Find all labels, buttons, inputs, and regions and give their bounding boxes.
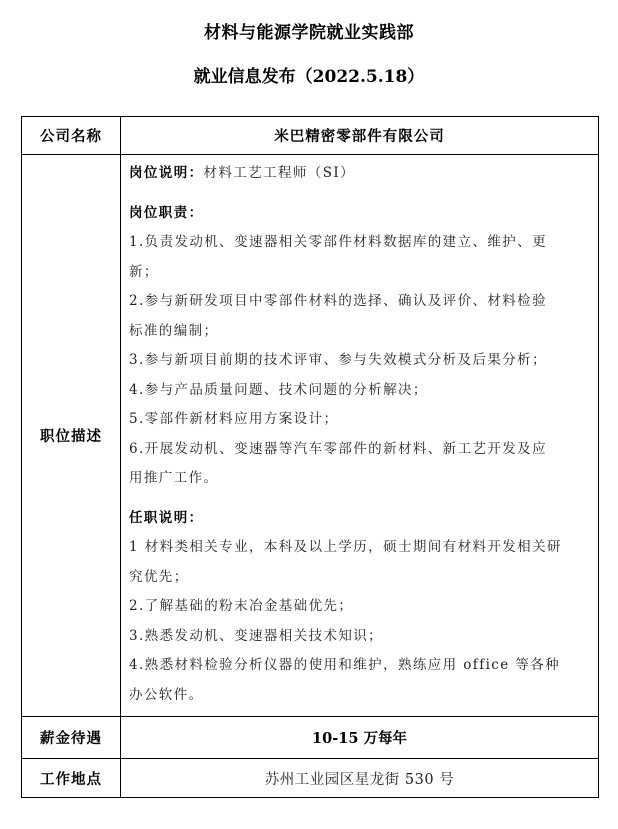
location-value: 苏州工业园区星龙街 530 号 (121, 759, 599, 798)
duty-item: 3.参与新项目前期的技术评审、参与失效模式分析及后果分析； (129, 346, 592, 376)
position-line: 岗位说明：材料工艺工程师（SI） (129, 159, 592, 189)
duty-item: 用推广工作。 (129, 464, 592, 494)
requirement-item: 2.了解基础的粉末冶金基础优先； (129, 592, 592, 622)
company-label: 公司名称 (22, 117, 121, 155)
salary-label: 薪金待遇 (22, 717, 121, 759)
duty-item: 4.参与产品质量问题、技术问题的分析解决； (129, 376, 592, 406)
department-title: 材料与能源学院就业实践部 (0, 18, 618, 43)
requirement-item: 1 材料类相关专业，本科及以上学历，硕士期间有材料开发相关研 (129, 533, 592, 563)
requirement-item: 究优先； (129, 563, 592, 593)
description-label: 职位描述 (22, 155, 121, 717)
duty-item: 新； (129, 258, 592, 288)
requirement-item: 4.熟悉材料检验分析仪器的使用和维护，熟练应用 office 等各种 (129, 651, 592, 681)
company-name: 米巴精密零部件有限公司 (121, 117, 599, 155)
duty-item: 标准的编制； (129, 317, 592, 347)
duty-item: 6.开展发动机、变速器等汽车零部件的新材料、新工艺开发及应 (129, 435, 592, 465)
requirements-heading: 任职说明： (129, 504, 592, 534)
location-row: 工作地点 苏州工业园区星龙街 530 号 (22, 759, 599, 798)
location-label: 工作地点 (22, 759, 121, 798)
requirement-item: 办公软件。 (129, 681, 592, 711)
salary-row: 薪金待遇 10-15 万每年 (22, 717, 599, 759)
job-info-table: 公司名称 米巴精密零部件有限公司 职位描述 岗位说明：材料工艺工程师（SI） 岗… (21, 116, 599, 798)
requirement-item: 3.熟悉发动机、变速器相关技术知识； (129, 622, 592, 652)
description-cell: 岗位说明：材料工艺工程师（SI） 岗位职责： 1.负责发动机、变速器相关零部件材… (121, 155, 599, 717)
duty-item: 1.负责发动机、变速器相关零部件材料数据库的建立、维护、更 (129, 228, 592, 258)
description-row: 职位描述 岗位说明：材料工艺工程师（SI） 岗位职责： 1.负责发动机、变速器相… (22, 155, 599, 717)
company-row: 公司名称 米巴精密零部件有限公司 (22, 117, 599, 155)
position-heading: 岗位说明： (129, 165, 204, 181)
salary-value: 10-15 万每年 (121, 717, 599, 759)
page-title: 就业信息发布（2022.5.18） (0, 62, 618, 87)
duties-heading: 岗位职责： (129, 199, 592, 229)
duty-item: 2.参与新研发项目中零部件材料的选择、确认及评价、材料检验 (129, 287, 592, 317)
position-value: 材料工艺工程师（SI） (204, 165, 355, 181)
duty-item: 5.零部件新材料应用方案设计； (129, 405, 592, 435)
